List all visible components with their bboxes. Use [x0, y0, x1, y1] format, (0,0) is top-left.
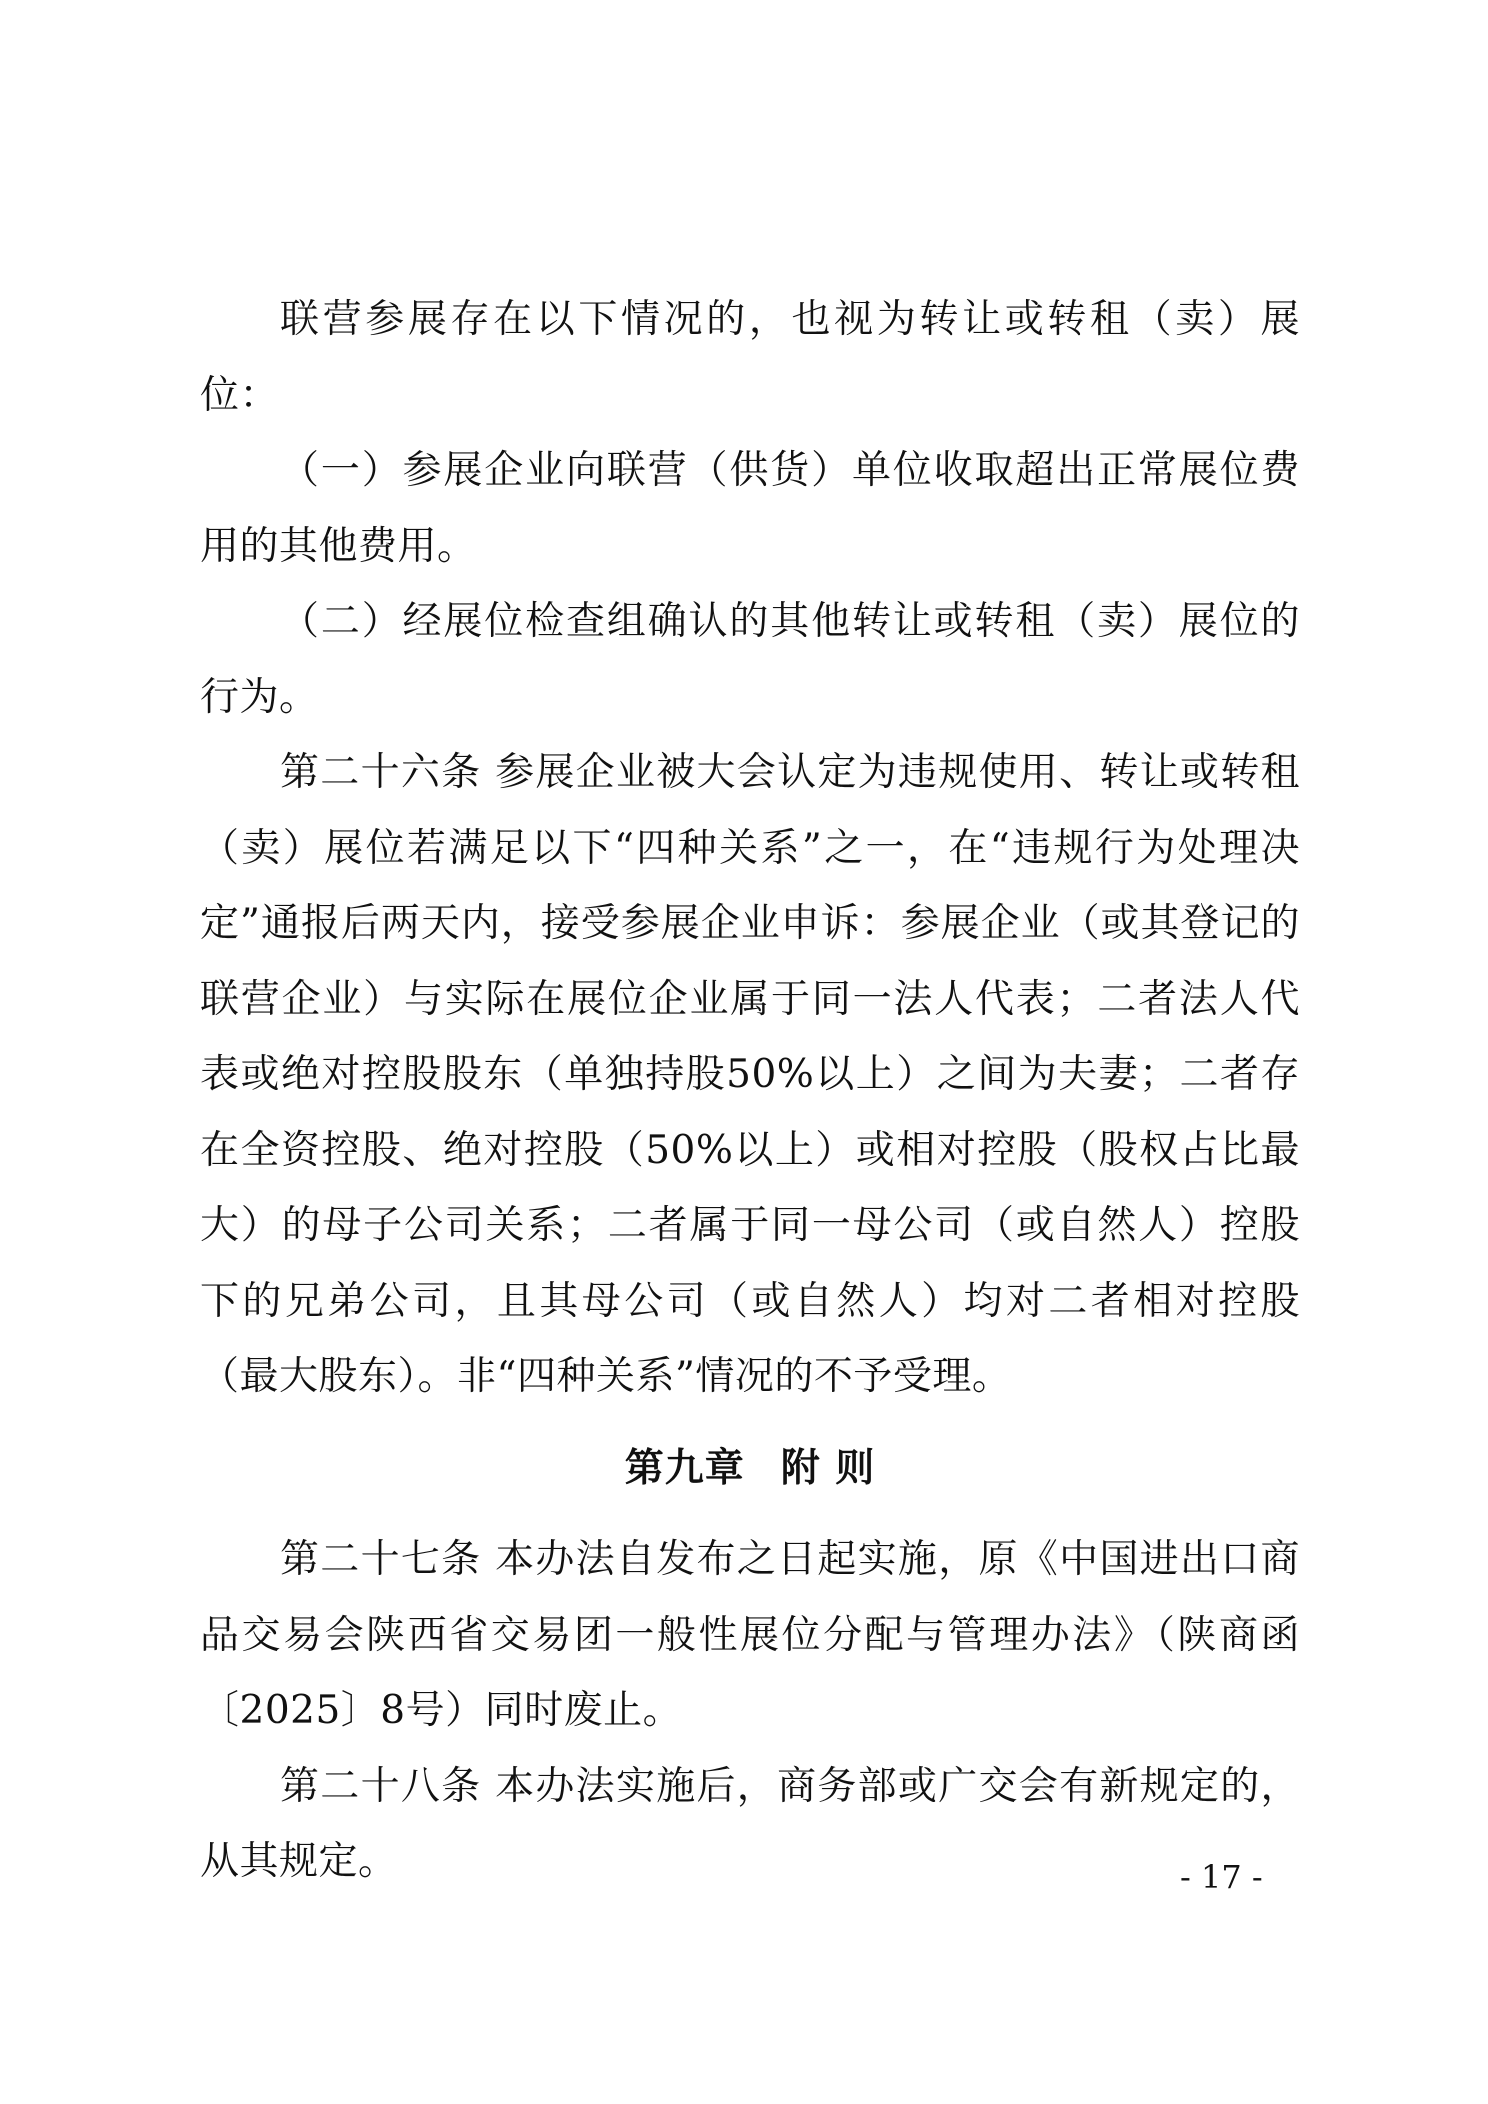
chapter-title: 附 则 — [781, 1446, 876, 1491]
page-number: - 17 - — [1180, 1858, 1263, 1896]
paragraph-article-27: 第二十七条 本办法自发布之日起实施，原《中国进出口商品交易会陕西省交易团一般性展… — [200, 1522, 1300, 1749]
paragraph-article-28: 第二十八条 本办法实施后，商务部或广交会有新规定的，从其规定。 — [200, 1749, 1300, 1900]
document-page: 联营参展存在以下情况的，也视为转让或转租（卖）展位： （一）参展企业向联营（供货… — [200, 282, 1300, 1900]
chapter-heading: 第九章附 则 — [200, 1415, 1300, 1523]
paragraph-joint-exhibition-intro: 联营参展存在以下情况的，也视为转让或转租（卖）展位： — [200, 282, 1300, 433]
chapter-number: 第九章 — [625, 1446, 745, 1491]
paragraph-item-one: （一）参展企业向联营（供货）单位收取超出正常展位费用的其他费用。 — [200, 433, 1300, 584]
paragraph-article-26: 第二十六条 参展企业被大会认定为违规使用、转让或转租（卖）展位若满足以下“四种关… — [200, 735, 1300, 1415]
paragraph-item-two: （二）经展位检查组确认的其他转让或转租（卖）展位的行为。 — [200, 584, 1300, 735]
